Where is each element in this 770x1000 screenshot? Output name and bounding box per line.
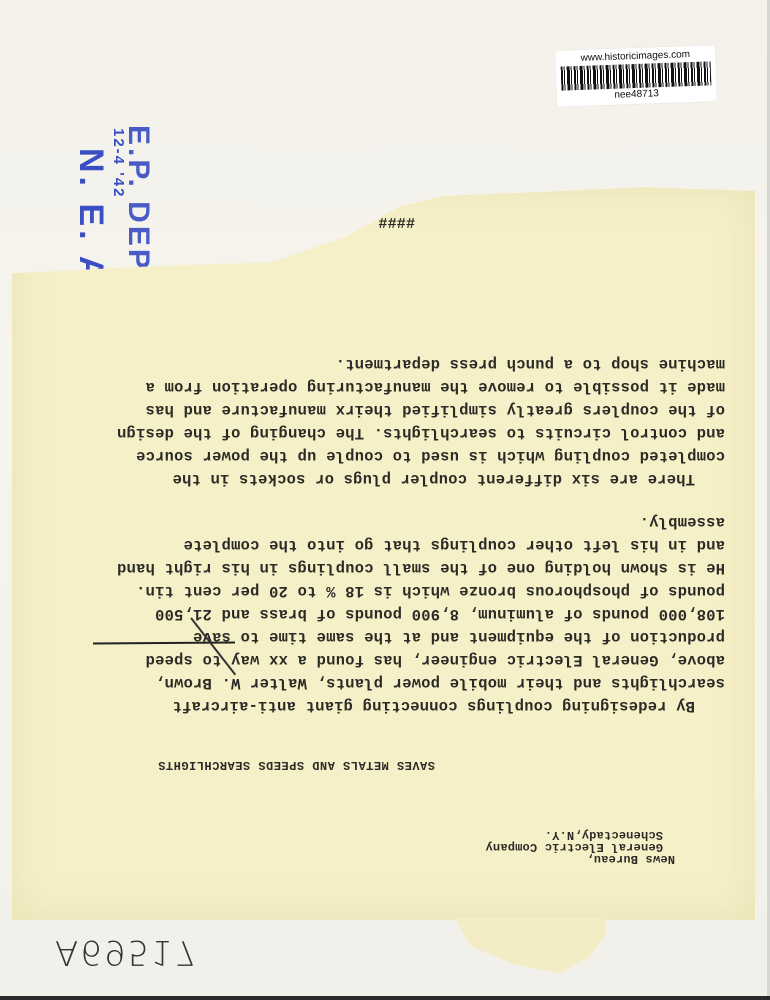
handwritten-number: A69517 [55, 932, 198, 972]
sender-line-2: General Electric Company [485, 841, 675, 853]
body-line: 108,000 pounds of aluminum, 8,900 pounds… [155, 605, 725, 623]
body-line: There are six different coupler plugs or… [172, 470, 695, 488]
headline: SAVES METALS AND SPEEDS SEARCHLIGHTS [158, 758, 435, 772]
body-line: of the couplers greatly simplified their… [145, 401, 725, 419]
barcode-label: www.historicimages.com nee48713 [555, 45, 717, 107]
sender-address: News Bureau, General Electric Company Sc… [485, 829, 675, 865]
bottom-edge [0, 996, 770, 1000]
body-line: assembly. [639, 513, 725, 531]
body-line: and in his left other couplings that go … [183, 536, 725, 554]
body-line: By redesigning couplings connecting gian… [172, 697, 695, 715]
body-line: He is shown holding one of the small cou… [117, 559, 725, 577]
end-mark: #### [378, 213, 415, 230]
typed-text-upside-down: News Bureau, General Electric Company Sc… [12, 185, 755, 920]
body-line: above, General Electric engineer, has fo… [145, 651, 725, 669]
body-line: searchlights and their mobile power plan… [155, 674, 725, 692]
body-line: made it possible to remove the manufactu… [145, 378, 725, 396]
body-line: completed coupling which is used to coup… [136, 447, 725, 465]
body-line: production of the equipment and at the s… [193, 628, 725, 646]
body-line: pounds of phosphorous bronze which is 18… [136, 582, 725, 600]
sender-line-1: News Bureau, [485, 853, 675, 865]
body-line: machine shop to a punch press department… [335, 355, 725, 373]
body-line: and control circuits to searchlights. Th… [117, 424, 725, 442]
